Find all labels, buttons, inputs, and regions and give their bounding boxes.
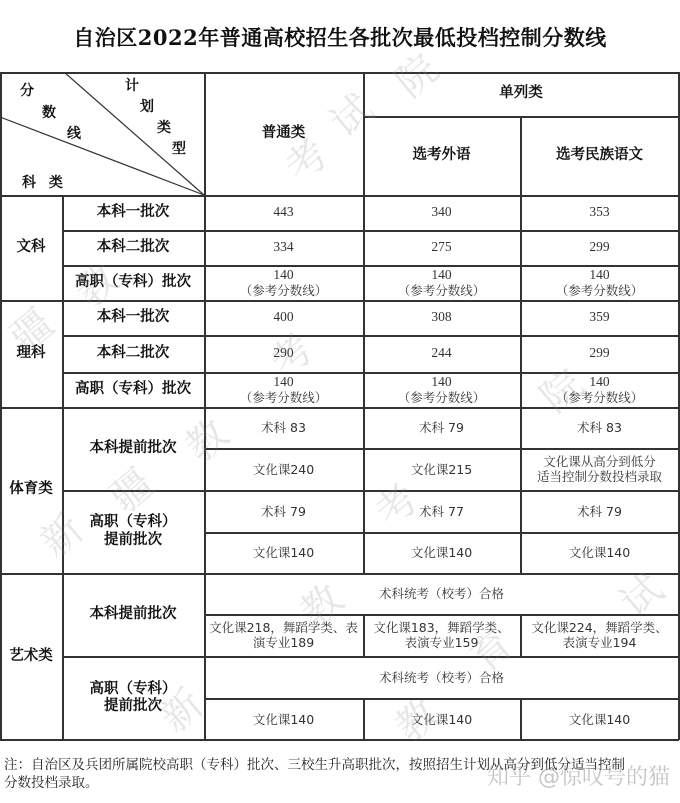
grid-line (363, 614, 365, 656)
score-cell: 299 (520, 335, 679, 372)
grid-line (62, 490, 679, 492)
batch-label-line: 提前批次 (104, 698, 162, 715)
header-general: 普通类 (204, 72, 363, 195)
score-cell: 334 (204, 230, 363, 265)
header-score-char-1: 分 (20, 80, 34, 100)
header-score-char-3: 线 (67, 123, 81, 143)
culture-line: 表演专业194 (563, 635, 637, 650)
header-score-char-2: 数 (42, 102, 56, 122)
batch-label: 本科二批次 (62, 335, 204, 372)
culture-score-cell: 文化课140 (204, 532, 363, 573)
section-label-like: 理科 (0, 300, 62, 407)
grid-line (0, 407, 679, 409)
skill-score-cell: 术科 77 (363, 490, 520, 532)
batch-label-line: 高职（专科） (90, 514, 177, 531)
culture-score-cell: 文化课140 (363, 698, 520, 740)
score-cell: 140 （参考分数线） (363, 372, 520, 407)
batch-label: 本科一批次 (62, 195, 204, 230)
score-cell: 140 （参考分数线） (204, 265, 363, 300)
score-cell: 443 (204, 195, 363, 230)
score-cell: 340 (363, 195, 520, 230)
batch-label: 本科一批次 (62, 300, 204, 335)
batch-label: 高职（专科）批次 (62, 265, 204, 300)
grid-line (363, 72, 365, 573)
culture-line: 表演专业159 (405, 635, 479, 650)
table-border-top (0, 72, 679, 74)
grid-line (204, 72, 206, 740)
batch-label: 高职（专科）批次 (62, 372, 204, 407)
culture-score-cell: 文化课从高分到低分 适当控制分数投档录取 (520, 448, 679, 490)
grid-line (363, 698, 365, 740)
score-value: 140 (273, 374, 293, 390)
culture-score-cell: 文化课215 (363, 448, 520, 490)
culture-score-cell: 文化课183，舞蹈学类、 表演专业159 (363, 614, 520, 656)
grid-line (62, 335, 679, 337)
score-value: 140 (589, 267, 609, 283)
score-note: （参考分数线） (240, 283, 328, 298)
grid-line (0, 195, 679, 197)
skill-score-cell: 术科 79 (363, 407, 520, 448)
score-cell: 244 (363, 335, 520, 372)
batch-label-line: 高职（专科） (90, 681, 177, 698)
score-cell: 308 (363, 300, 520, 335)
grid-line (204, 614, 679, 616)
score-cell: 140 （参考分数线） (520, 265, 679, 300)
grid-line (363, 116, 679, 118)
batch-label: 本科提前批次 (62, 573, 204, 656)
score-cell: 140 （参考分数线） (520, 372, 679, 407)
batch-label: 高职（专科） 提前批次 (62, 490, 204, 573)
page-title: 自治区2022年普通高校招生各批次最低投档控制分数线 (0, 22, 680, 52)
culture-score-cell: 文化课140 (363, 532, 520, 573)
grid-line (204, 448, 679, 450)
batch-label-line: 提前批次 (104, 532, 162, 549)
score-value: 140 (589, 374, 609, 390)
table-border-bottom (0, 739, 679, 741)
header-single-list: 单列类 (363, 72, 679, 116)
skill-requirement-cell: 术科统考（校考）合格 (204, 573, 679, 614)
header-foreign-language: 选考外语 (363, 116, 520, 195)
header-plan-char-1: 计 (125, 75, 139, 95)
score-cell: 353 (520, 195, 679, 230)
grid-line (520, 614, 522, 656)
skill-score-cell: 术科 79 (520, 490, 679, 532)
score-cell: 359 (520, 300, 679, 335)
skill-score-cell: 术科 79 (204, 490, 363, 532)
culture-note-line: 适当控制分数投档录取 (537, 469, 662, 484)
grid-line (204, 698, 679, 700)
table-border-right (678, 72, 680, 740)
score-value: 140 (431, 267, 451, 283)
score-cell: 140 （参考分数线） (204, 372, 363, 407)
source-credit: 知乎 @惊叹号的猫 (487, 760, 670, 791)
header-ethnic-language: 选考民族语文 (520, 116, 679, 195)
grid-line (0, 573, 679, 575)
grid-line (62, 230, 679, 232)
header-plan-char-2: 划 (140, 96, 154, 116)
culture-line: 文化课218，舞蹈学类、表 (209, 620, 358, 635)
skill-score-cell: 术科 83 (520, 407, 679, 448)
grid-line (520, 116, 522, 573)
culture-note-line: 文化课从高分到低分 (543, 454, 656, 469)
culture-score-cell: 文化课140 (204, 698, 363, 740)
score-value: 140 (273, 267, 293, 283)
score-cell: 140 （参考分数线） (363, 265, 520, 300)
grid-line (0, 300, 679, 302)
score-cell: 275 (363, 230, 520, 265)
culture-score-cell: 文化课224，舞蹈学类、 表演专业194 (520, 614, 679, 656)
batch-label: 高职（专科） 提前批次 (62, 656, 204, 740)
grid-line (520, 698, 522, 740)
culture-line: 文化课183，舞蹈学类、 (373, 620, 509, 635)
score-note: （参考分数线） (398, 283, 486, 298)
grid-line (204, 532, 679, 534)
culture-score-cell: 文化课140 (520, 698, 679, 740)
grid-line (62, 195, 64, 740)
grid-line (62, 372, 679, 374)
header-plan-char-4: 型 (172, 138, 186, 158)
score-cell: 400 (204, 300, 363, 335)
culture-score-cell: 文化课140 (520, 532, 679, 573)
culture-score-cell: 文化课240 (204, 448, 363, 490)
section-label-wenke: 文科 (0, 195, 62, 300)
skill-requirement-cell: 术科统考（校考）合格 (204, 656, 679, 698)
score-table: 分 数 线 计 划 类 型 科 类 普通类 单列类 选考外语 选考民族语文 文科… (0, 72, 679, 740)
batch-label: 本科二批次 (62, 230, 204, 265)
section-label-arts: 艺术类 (0, 573, 62, 740)
score-note: （参考分数线） (398, 390, 486, 405)
section-label-sports: 体育类 (0, 407, 62, 573)
grid-line (62, 656, 679, 658)
batch-label: 本科提前批次 (62, 407, 204, 490)
header-plan-char-3: 类 (157, 117, 171, 137)
table-border-left (0, 72, 2, 740)
score-note: （参考分数线） (556, 390, 644, 405)
score-value: 140 (431, 374, 451, 390)
culture-score-cell: 文化课218，舞蹈学类、表 演专业189 (204, 614, 363, 656)
skill-score-cell: 术科 83 (204, 407, 363, 448)
culture-line: 文化课224，舞蹈学类、 (531, 620, 667, 635)
grid-line (62, 265, 679, 267)
score-note: （参考分数线） (240, 390, 328, 405)
header-subject-label: 科 类 (22, 172, 67, 192)
score-cell: 299 (520, 230, 679, 265)
score-cell: 290 (204, 335, 363, 372)
culture-line: 演专业189 (253, 635, 314, 650)
score-note: （参考分数线） (556, 283, 644, 298)
